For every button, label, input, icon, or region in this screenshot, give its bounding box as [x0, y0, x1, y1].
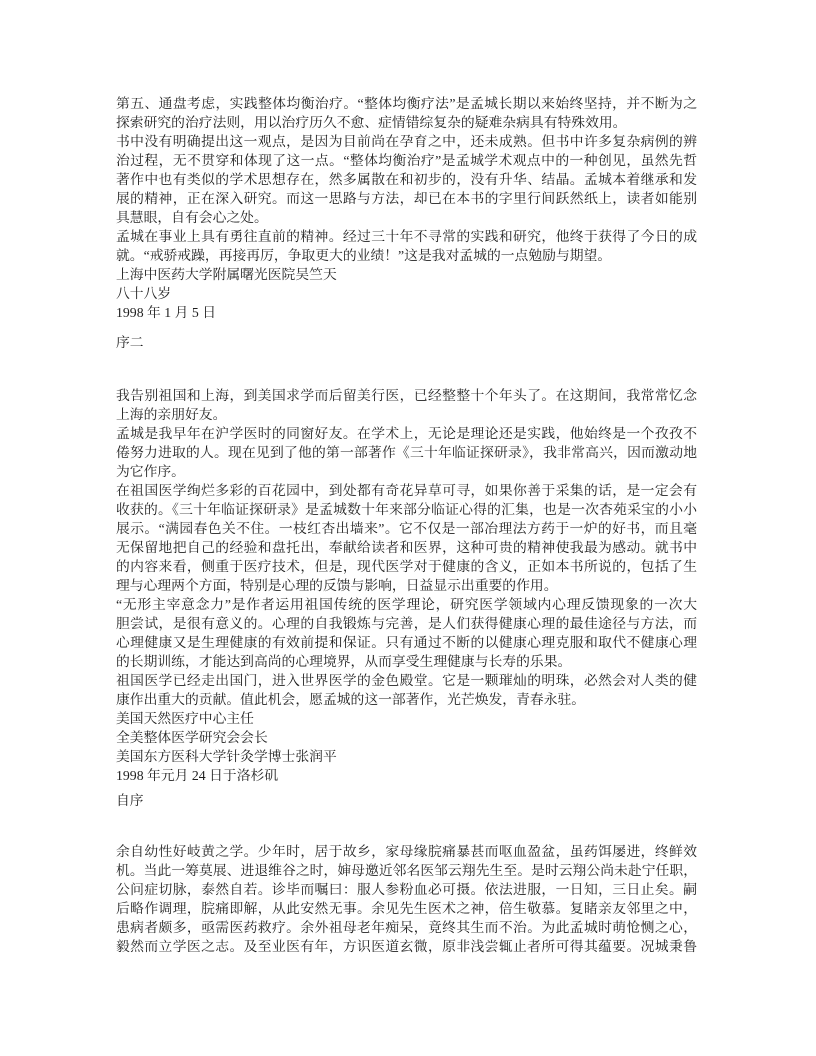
text-line: 无保留地把自己的经验和盘托出，奉献给读者和医界，这种可贵的精神使我最为感动。就书…: [116, 538, 697, 557]
text-line: 美国东方医科大学针灸学博士张润平: [116, 747, 697, 766]
text-line: 倦努力进取的人。现在见到了他的第一部著作《三十年临证探研录》，我非常高兴，因而激…: [116, 443, 697, 462]
text-line: 就。“戒骄戒躁，再接再厉，争取更大的业绩！”这是我对孟城的一点勉励与期望。: [116, 246, 697, 265]
text-line: 探索研究的治疗法则，用以治疗历久不愈、症情错综复杂的疑难杂病具有特殊效用。: [116, 113, 697, 132]
document-page: 第五、通盘考虑，实践整体均衡治疗。“整体均衡疗法”是孟城长期以来始终坚持，并不断…: [0, 0, 816, 1056]
text-line: 具慧眼，自有会心之处。: [116, 208, 697, 227]
text-line: 后略作调理，脘痛即解，从此安然无事。余见先生医术之神，倍生敬慕。复睹亲友邻里之中…: [116, 899, 697, 918]
text-line: 公问症切脉，泰然自若。诊毕而嘱曰：服人参粉血必可摄。依法进服，一日知，三日止矣。…: [116, 880, 697, 899]
text-block: 余自幼性好岐黄之学。少年时，居于故乡，家母缘脘痛暴甚而呕血盈盆，虽药饵屡进，终鲜…: [116, 842, 816, 956]
text-block: 我告别祖国和上海，到美国求学而后留美行医，已经整整十个年头了。在这期间，我常常忆…: [116, 386, 816, 785]
text-line: 康作出重大的贡献。值此机会，愿孟城的这一部著作，光芒焕发，青春永驻。: [116, 690, 697, 709]
text-line: 治过程，无不贯穿和体现了这一点。“整体均衡治疗”是孟城学术观点中的一种创见，虽然…: [116, 151, 697, 170]
section-heading: 序二: [116, 333, 697, 352]
text-line: 孟城是我早年在沪学医时的同窗好友。在学术上，无论是理论还是实践，他始终是一个孜孜…: [116, 424, 697, 443]
text-line: 胆尝试，是很有意义的。心理的自我锻炼与完善，是人们获得健康心理的最佳途径与方法，…: [116, 614, 697, 633]
text-line: 我告别祖国和上海，到美国求学而后留美行医，已经整整十个年头了。在这期间，我常常忆…: [116, 386, 697, 405]
text-line: 书中没有明确提出这一观点，是因为目前尚在孕育之中，还未成熟。但书中许多复杂病例的…: [116, 132, 697, 151]
text-line: 展示。“满园春色关不住。一枝红杏出墙来”。它不仅是一部冶理法方药于一炉的好书，而…: [116, 519, 697, 538]
text-line: 孟城在事业上具有勇往直前的精神。经过三十年不寻常的实践和研究，他终于获得了今日的…: [116, 227, 697, 246]
text-line: 在祖国医学绚烂多彩的百花园中，到处都有奇花异草可寻，如果你善于采集的话，是一定会…: [116, 481, 697, 500]
text-line: 毅然而立学医之志。及至业医有年，方识医道玄微，原非浅尝辄止者所可得其蕴要。况城秉…: [116, 937, 697, 956]
text-line: 理与心理两个方面，特别是心理的反馈与影响，日益显示出重要的作用。: [116, 576, 697, 595]
text-line: 机。当此一筹莫展、进退维谷之时，婶母邀近邻名医邹云翔先生至。是时云翔公尚未赴宁任…: [116, 861, 697, 880]
text-line: 美国天然医疗中心主任: [116, 709, 697, 728]
text-block: 第五、通盘考虑，实践整体均衡治疗。“整体均衡疗法”是孟城长期以来始终坚持，并不断…: [116, 94, 816, 322]
text-line: 1998 年 1 月 5 日: [116, 303, 697, 322]
text-line: 展的精神，正在深入研究。而这一思路与方法，却已在本书的字里行间跃然纸上，读者如能…: [116, 189, 697, 208]
text-line: 患病者颇多，亟需医药救疗。余外祖母老年痴呆，竟终其生而不治。为此孟城时萌怆恻之心…: [116, 918, 697, 937]
text-line: 八十八岁: [116, 284, 697, 303]
section-heading: 自序: [116, 791, 697, 810]
text-line: 为它作序。: [116, 462, 697, 481]
text-line: 上海的亲朋好友。: [116, 405, 697, 424]
text-line: 1998 年元月 24 日于洛杉矶: [116, 766, 697, 785]
text-line: 余自幼性好岐黄之学。少年时，居于故乡，家母缘脘痛暴甚而呕血盈盆，虽药饵屡进，终鲜…: [116, 842, 697, 861]
text-line: 第五、通盘考虑，实践整体均衡治疗。“整体均衡疗法”是孟城长期以来始终坚持，并不断…: [116, 94, 697, 113]
text-line: 著作中也有类似的学术思想存在，然多属散在和初步的，没有升华、结晶。孟城本着继承和…: [116, 170, 697, 189]
text-line: “无形主宰意念力”是作者运用祖国传统的医学理论，研究医学领域内心理反馈现象的一次…: [116, 595, 697, 614]
text-line: 心理健康又是生理健康的有效前提和保证。只有通过不断的以健康心理克服和取代不健康心…: [116, 633, 697, 652]
text-line: 全美整体医学研究会会长: [116, 728, 697, 747]
text-line: 的内容来看，侧重于医疗技术，但是，现代医学对于健康的含义，正如本书所说的，包括了…: [116, 557, 697, 576]
text-line: 收获的。《三十年临证探研录》是孟城数十年来部分临证心得的汇集，也是一次杏苑采宝的…: [116, 500, 697, 519]
text-line: 祖国医学已经走出国门，进入世界医学的金色殿堂。它是一颗璀灿的明珠，必然会对人类的…: [116, 671, 697, 690]
text-line: 上海中医药大学附属曙光医院吴竺天: [116, 265, 697, 284]
text-line: 的长期训练，才能达到高尚的心理境界，从而享受生理健康与长寿的乐果。: [116, 652, 697, 671]
